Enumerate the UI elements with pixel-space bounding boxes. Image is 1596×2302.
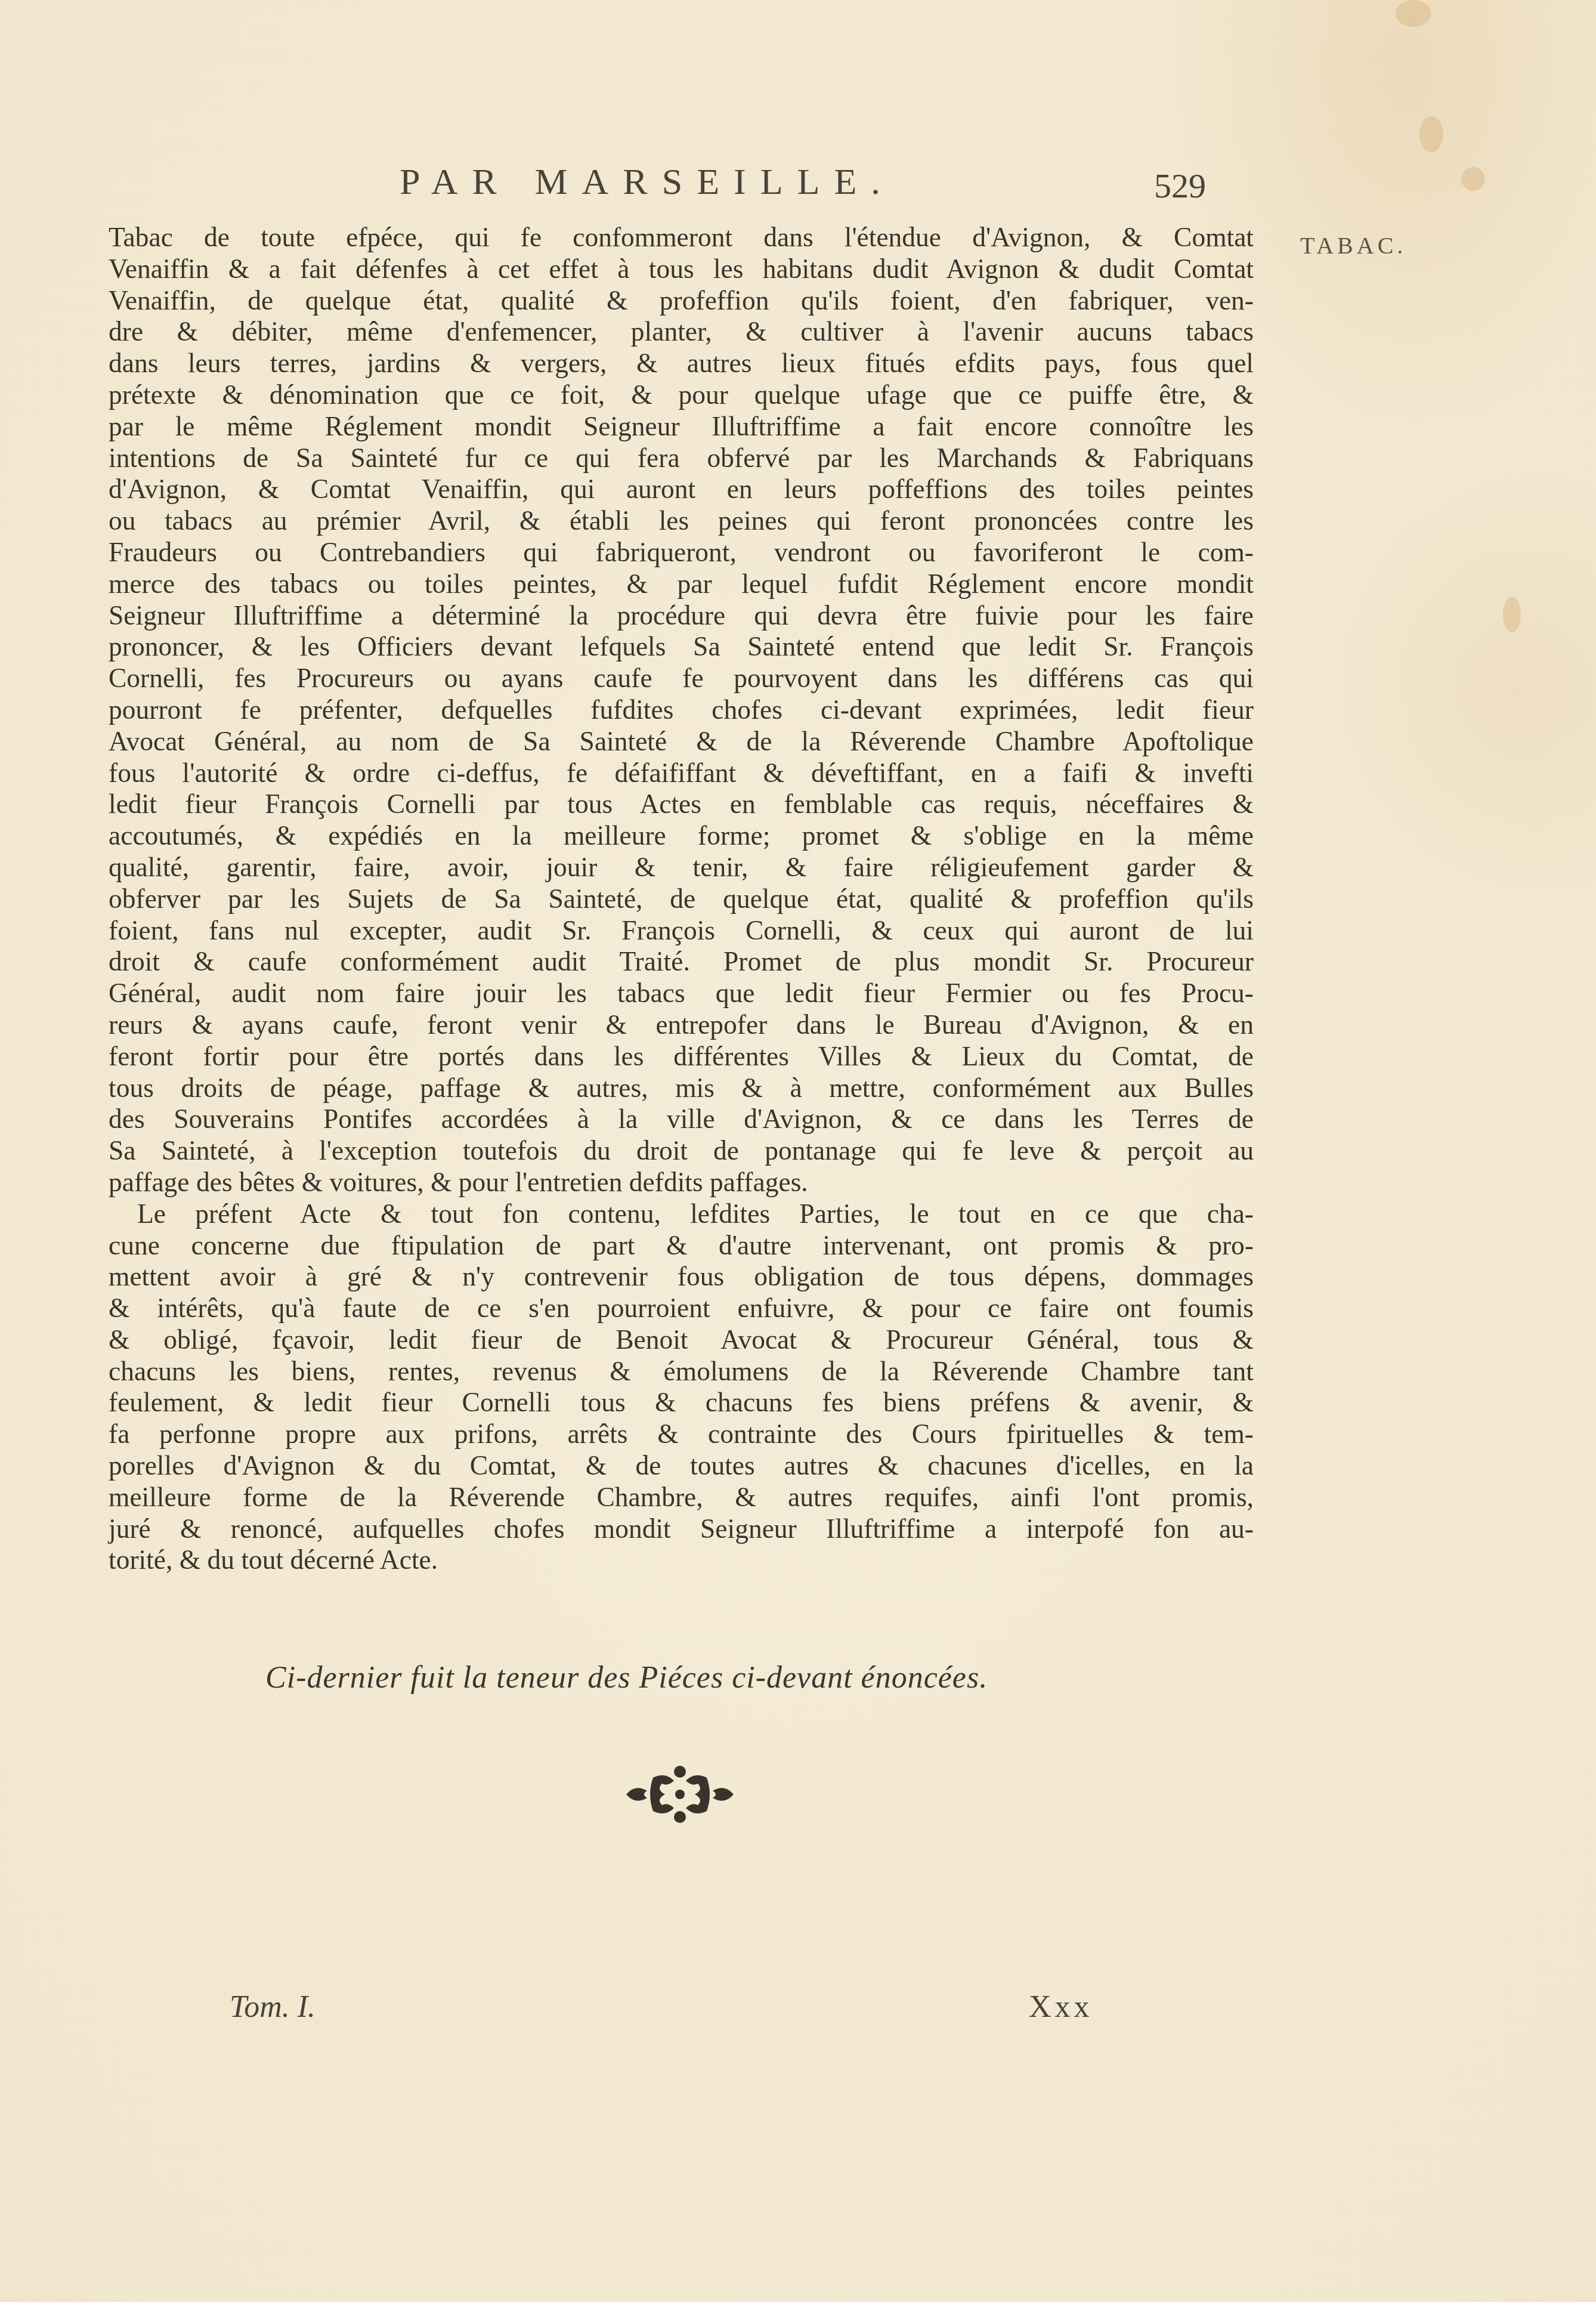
text-line: prétexte & dénomination que ce foit, & p… bbox=[109, 379, 1254, 411]
text-line: meilleure forme de la Réverende Chambre,… bbox=[109, 1482, 1254, 1513]
volume-label: Tom. I. bbox=[230, 1989, 316, 2025]
text-line: Venaiffin, de quelque état, qualité & pr… bbox=[109, 285, 1254, 317]
text-line: cune concerne due ftipulation de part & … bbox=[109, 1230, 1254, 1262]
text-line: intentions de Sa Sainteté fur ce qui fer… bbox=[109, 443, 1254, 474]
margin-note: TABAC. bbox=[1300, 231, 1406, 259]
text-line: feront fortir pour être portés dans les … bbox=[109, 1041, 1254, 1073]
text-line: mettent avoir à gré & n'y contrevenir fo… bbox=[109, 1261, 1254, 1293]
text-line: porelles d'Avignon & du Comtat, & de tou… bbox=[109, 1450, 1254, 1482]
closing-heading: Ci-dernier fuit la teneur des Piéces ci-… bbox=[265, 1660, 988, 1695]
foxing-stain bbox=[1461, 167, 1485, 191]
text-line: Venaiffin & a fait défenfes à cet effet … bbox=[109, 254, 1254, 285]
text-line: Tabac de toute efpéce, qui fe confommero… bbox=[109, 222, 1254, 254]
paragraph-start-line: Le préfent Acte & tout fon contenu, lefd… bbox=[109, 1198, 1254, 1230]
foxing-stain bbox=[1396, 0, 1431, 27]
text-line: droit & caufe conformément audit Traité.… bbox=[109, 946, 1254, 978]
text-line: Sa Sainteté, à l'exception toutefois du … bbox=[109, 1135, 1254, 1167]
text-line: pourront fe préfenter, defquelles fufdit… bbox=[109, 694, 1254, 726]
text-line: Fraudeurs ou Contrebandiers qui fabrique… bbox=[109, 537, 1254, 568]
page-number: 529 bbox=[1154, 166, 1206, 206]
text-line: & intérêts, qu'à faute de ce s'en pourro… bbox=[109, 1293, 1254, 1324]
text-line: tous droits de péage, paffage & autres, … bbox=[109, 1073, 1254, 1104]
text-line: par le même Réglement mondit Seigneur Il… bbox=[109, 411, 1254, 443]
text-line: qualité, garentir, faire, avoir, jouir &… bbox=[109, 852, 1254, 883]
body-text: Tabac de toute efpéce, qui fe confommero… bbox=[109, 222, 1254, 1576]
text-line: Cornelli, fes Procureurs ou ayans caufe … bbox=[109, 663, 1254, 694]
text-line: dans leurs terres, jardins & vergers, & … bbox=[109, 348, 1254, 379]
text-line: obferver par les Sujets de Sa Sainteté, … bbox=[109, 883, 1254, 915]
text-line: reurs & ayans caufe, feront venir & entr… bbox=[109, 1009, 1254, 1041]
text-line: paffage des bêtes & voitures, & pour l'e… bbox=[109, 1167, 1254, 1198]
text-line: ou tabacs au prémier Avril, & établi les… bbox=[109, 505, 1254, 537]
text-line: Général, audit nom faire jouir les tabac… bbox=[109, 978, 1254, 1009]
text-line: Seigneur Illuftriffime a déterminé la pr… bbox=[109, 600, 1254, 632]
text-line: fous l'autorité & ordre ci-deffus, fe dé… bbox=[109, 758, 1254, 789]
text-line: des Souverains Pontifes accordées à la v… bbox=[109, 1104, 1254, 1135]
text-line: chacuns les biens, rentes, revenus & émo… bbox=[109, 1356, 1254, 1388]
running-head: PAR MARSEILLE. bbox=[400, 161, 895, 203]
book-page: PAR MARSEILLE. 529 TABAC. Tabac de toute… bbox=[0, 0, 1596, 2302]
text-line: foient, fans nul excepter, audit Sr. Fra… bbox=[109, 915, 1254, 947]
text-line: fa perfonne propre aux prifons, arrêts &… bbox=[109, 1419, 1254, 1450]
text-line: juré & renoncé, aufquelles chofes mondit… bbox=[109, 1513, 1254, 1545]
text-line: accoutumés, & expédiés en la meilleure f… bbox=[109, 820, 1254, 852]
fleuron-ornament-icon bbox=[620, 1760, 740, 1825]
foxing-stain bbox=[1503, 597, 1521, 632]
text-line: & obligé, fçavoir, ledit fieur de Benoit… bbox=[109, 1324, 1254, 1356]
text-line: prononcer, & les Officiers devant lefque… bbox=[109, 631, 1254, 663]
text-line: ledit fieur François Cornelli par tous A… bbox=[109, 789, 1254, 820]
text-line: d'Avignon, & Comtat Venaiffin, qui auron… bbox=[109, 474, 1254, 505]
text-line: merce des tabacs ou toiles peintes, & pa… bbox=[109, 568, 1254, 600]
text-line: Avocat Général, au nom de Sa Sainteté & … bbox=[109, 726, 1254, 758]
text-line: dre & débiter, même d'enfemencer, plante… bbox=[109, 316, 1254, 348]
text-line: feulement, & ledit fieur Cornelli tous &… bbox=[109, 1387, 1254, 1419]
signature-mark: Xxx bbox=[1029, 1989, 1093, 2025]
foxing-stain bbox=[1419, 116, 1443, 152]
text-line: torité, & du tout décerné Acte. bbox=[109, 1544, 1254, 1576]
